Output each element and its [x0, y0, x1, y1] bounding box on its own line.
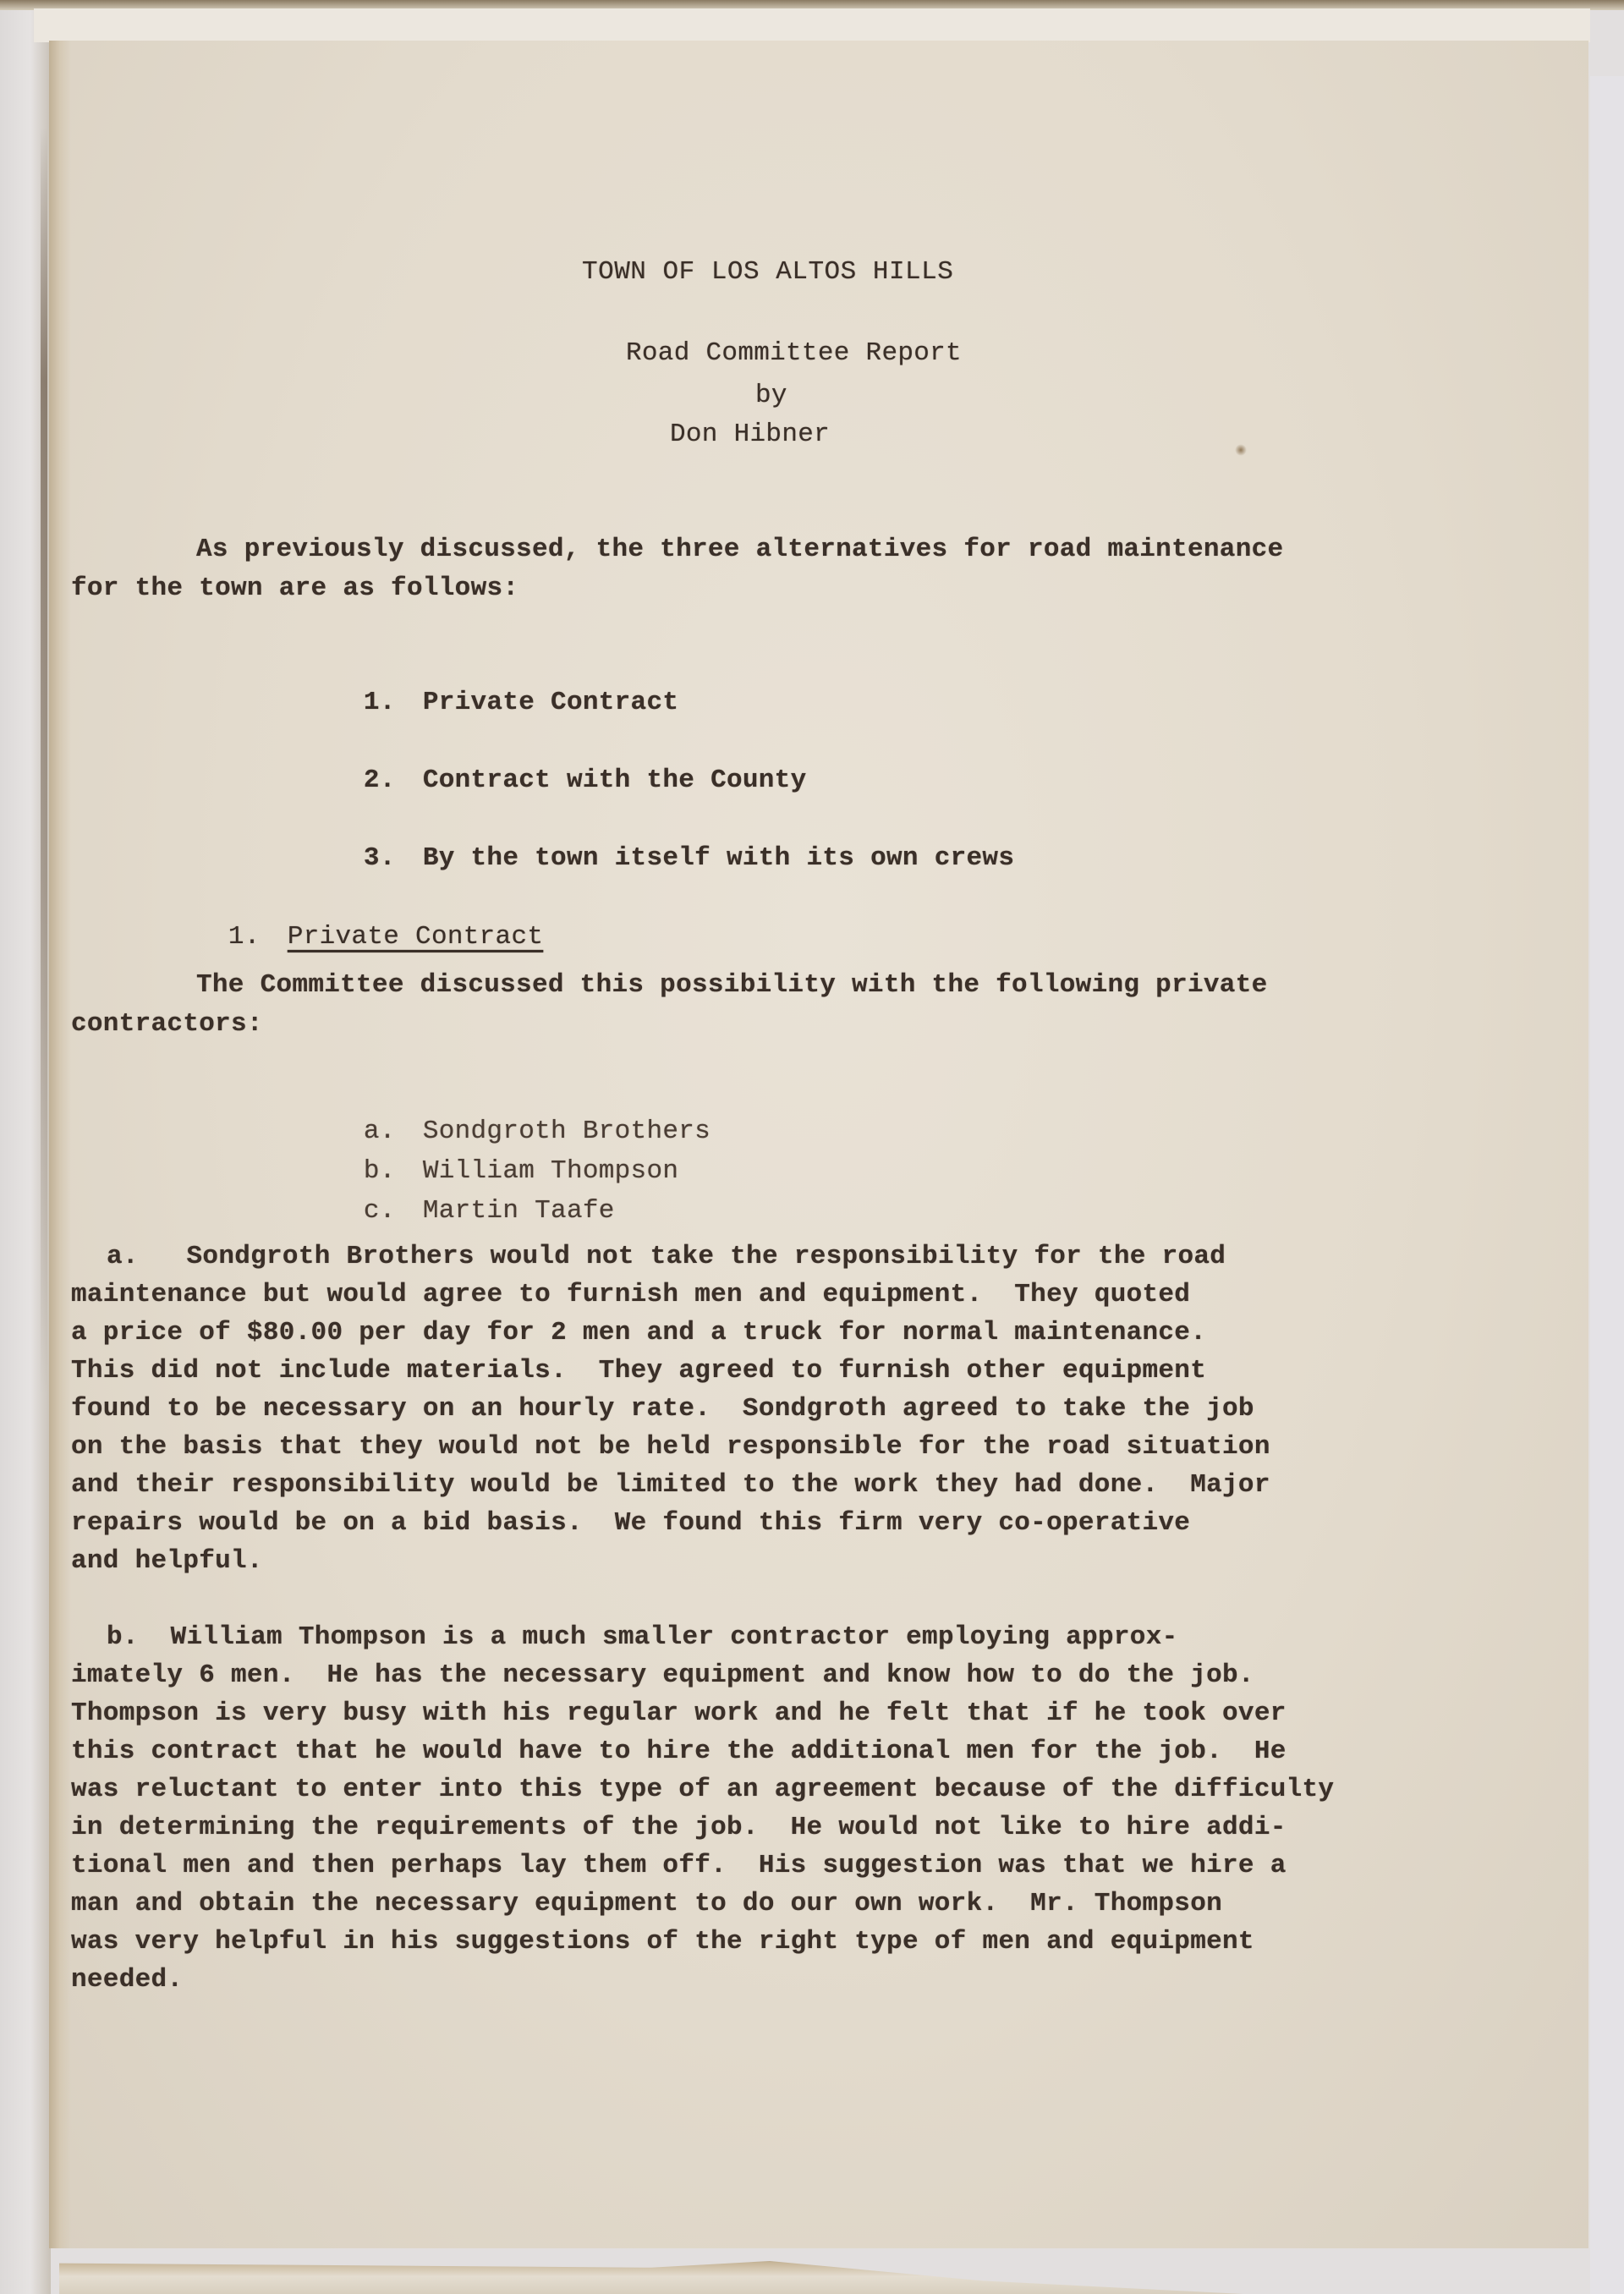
document-author: Don Hibner [670, 420, 830, 449]
alternative-label: Private Contract [423, 688, 678, 717]
alternative-label: Contract with the County [423, 766, 807, 795]
section-intro-line-2: contractors: [71, 1009, 263, 1039]
paragraph-line: a. Sondgroth Brothers would not take the… [107, 1242, 1226, 1271]
paragraph-line: and helpful. [71, 1546, 263, 1576]
alternative-number: 1. [364, 688, 423, 717]
paragraph-line: man and obtain the necessary equipment t… [71, 1889, 1222, 1918]
paragraph-line: and their responsibility would be limite… [71, 1470, 1270, 1500]
document-title: TOWN OF LOS ALTOS HILLS [582, 257, 953, 287]
page-behind-top [34, 8, 1590, 42]
byline-by: by [755, 381, 787, 410]
paragraph-line: found to be necessary on an hourly rate.… [71, 1394, 1254, 1424]
section-heading: 1.Private Contract [196, 892, 543, 952]
alternative-item: 2.Contract with the County [332, 736, 807, 795]
section-intro-line-1: The Committee discussed this possibility… [196, 970, 1268, 1000]
paragraph-line: was reluctant to enter into this type of… [71, 1775, 1334, 1804]
alternative-number: 2. [364, 766, 423, 795]
paragraph-line: maintenance but would agree to furnish m… [71, 1280, 1190, 1309]
paragraph-line: Thompson is very busy with his regular w… [71, 1699, 1287, 1728]
alternative-number: 3. [364, 843, 423, 873]
paragraph-line: needed. [71, 1965, 183, 1995]
paragraph-line: tional men and then perhaps lay them off… [71, 1851, 1287, 1880]
alternative-label: By the town itself with its own crews [423, 843, 1014, 873]
paper-edge-stain [41, 127, 47, 1396]
paragraph-line: imately 6 men. He has the necessary equi… [71, 1660, 1254, 1690]
intro-line-1: As previously discussed, the three alter… [196, 535, 1283, 564]
paragraph-line: a price of $80.00 per day for 2 men and … [71, 1318, 1206, 1347]
ink-spot [1235, 444, 1247, 456]
background-right [1590, 76, 1624, 2294]
paragraph-line: repairs would be on a bid basis. We foun… [71, 1508, 1190, 1538]
paragraph-line: b. William Thompson is a much smaller co… [107, 1622, 1178, 1652]
alternative-item: 3.By the town itself with its own crews [332, 814, 1014, 873]
paragraph-line: in determining the requirements of the j… [71, 1813, 1287, 1842]
contractor-name: Martin Taafe [423, 1196, 615, 1226]
alternative-item: 1.Private Contract [332, 658, 678, 717]
paper-spine-shadow [49, 41, 71, 2248]
paragraph-line: on the basis that they would not be held… [71, 1432, 1270, 1462]
contractor-letter: c. [364, 1196, 423, 1226]
section-title: Private Contract [288, 922, 543, 952]
paragraph-line: was very helpful in his suggestions of t… [71, 1927, 1254, 1956]
paragraph-line: This did not include materials. They agr… [71, 1356, 1206, 1386]
document-subtitle: Road Committee Report [626, 338, 962, 368]
intro-line-2: for the town are as follows: [71, 573, 518, 603]
paragraph-line: this contract that he would have to hire… [71, 1737, 1287, 1766]
contractor-item: c.Martin Taafe [332, 1166, 615, 1226]
bottom-torn-edge [59, 2250, 1243, 2294]
section-number: 1. [228, 922, 288, 952]
